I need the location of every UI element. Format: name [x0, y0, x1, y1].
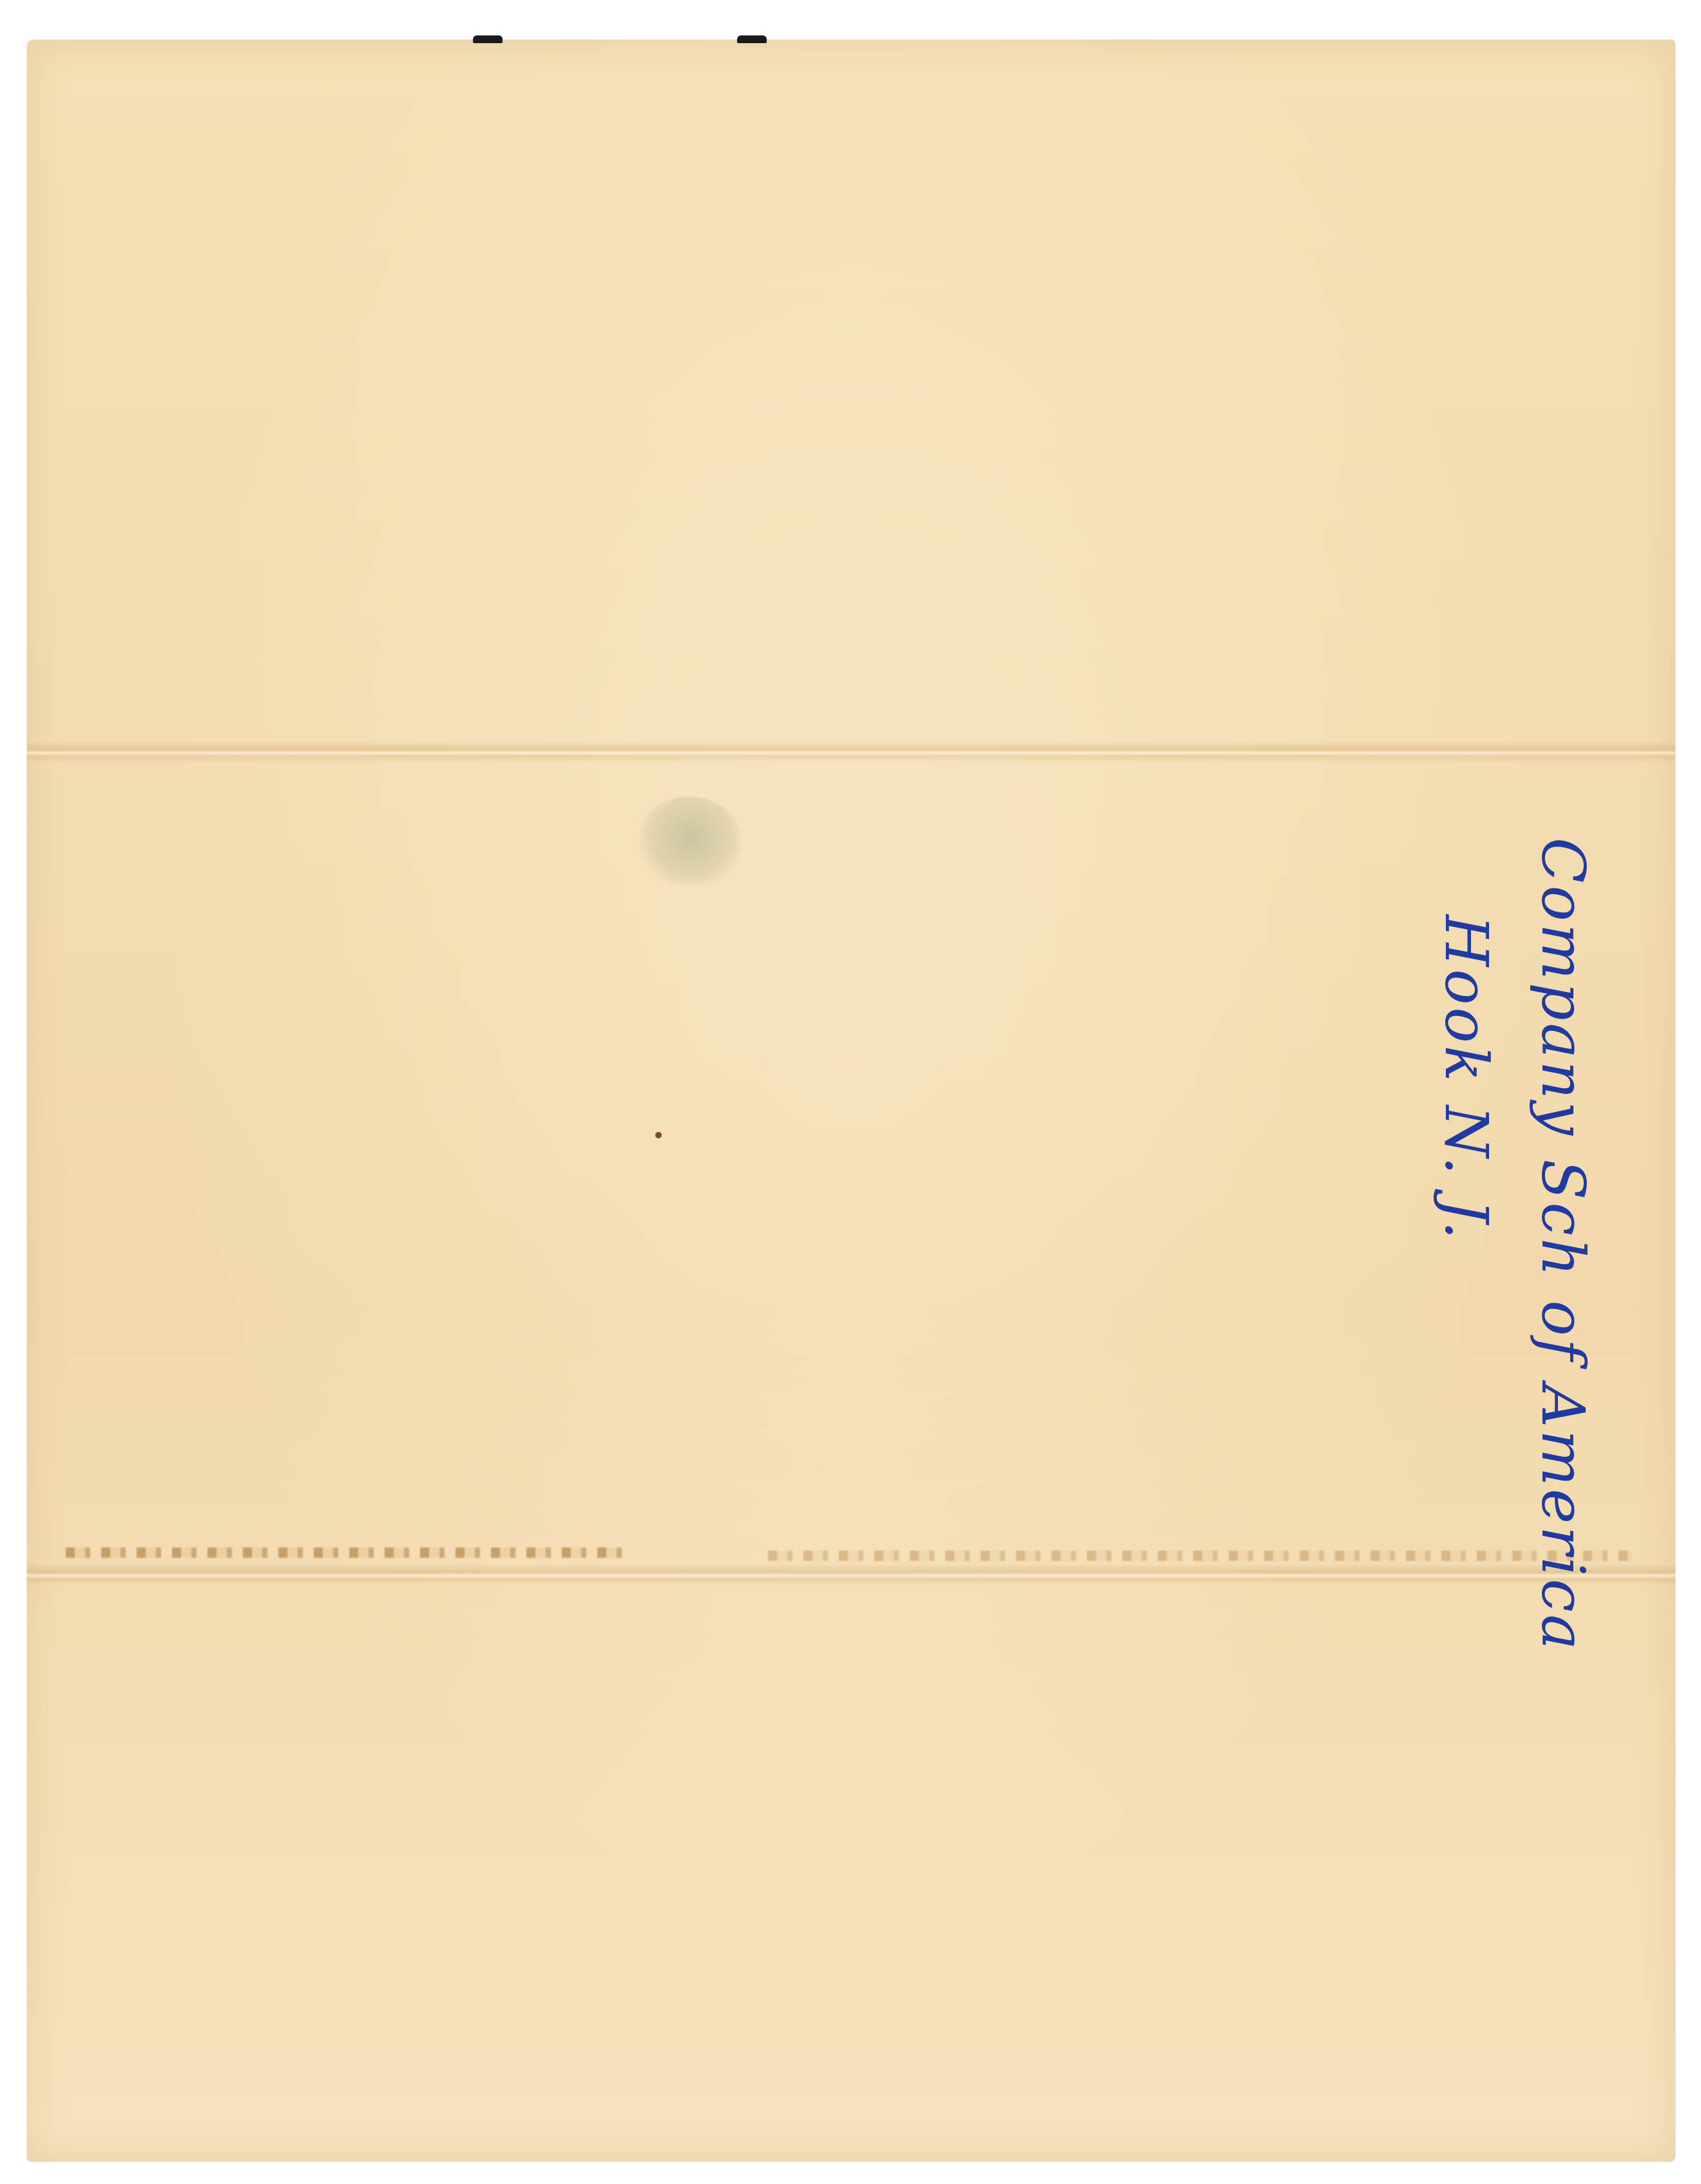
- lower-fold-crease: [27, 1564, 1675, 1585]
- staple-left-icon: [473, 35, 503, 43]
- rust-stain-right: [768, 1551, 1631, 1561]
- upper-fold-crease: [27, 741, 1675, 763]
- ink-spot: [655, 1132, 662, 1138]
- rust-stain-left: [66, 1547, 626, 1558]
- staple-right-icon: [737, 35, 767, 43]
- handwritten-line-2: Hook N. J.: [1417, 838, 1514, 1508]
- handwritten-line-1: Company Sch of America: [1514, 838, 1611, 1508]
- handwritten-note: Company Sch of America Hook N. J.: [1405, 838, 1611, 1508]
- water-stain: [639, 797, 742, 887]
